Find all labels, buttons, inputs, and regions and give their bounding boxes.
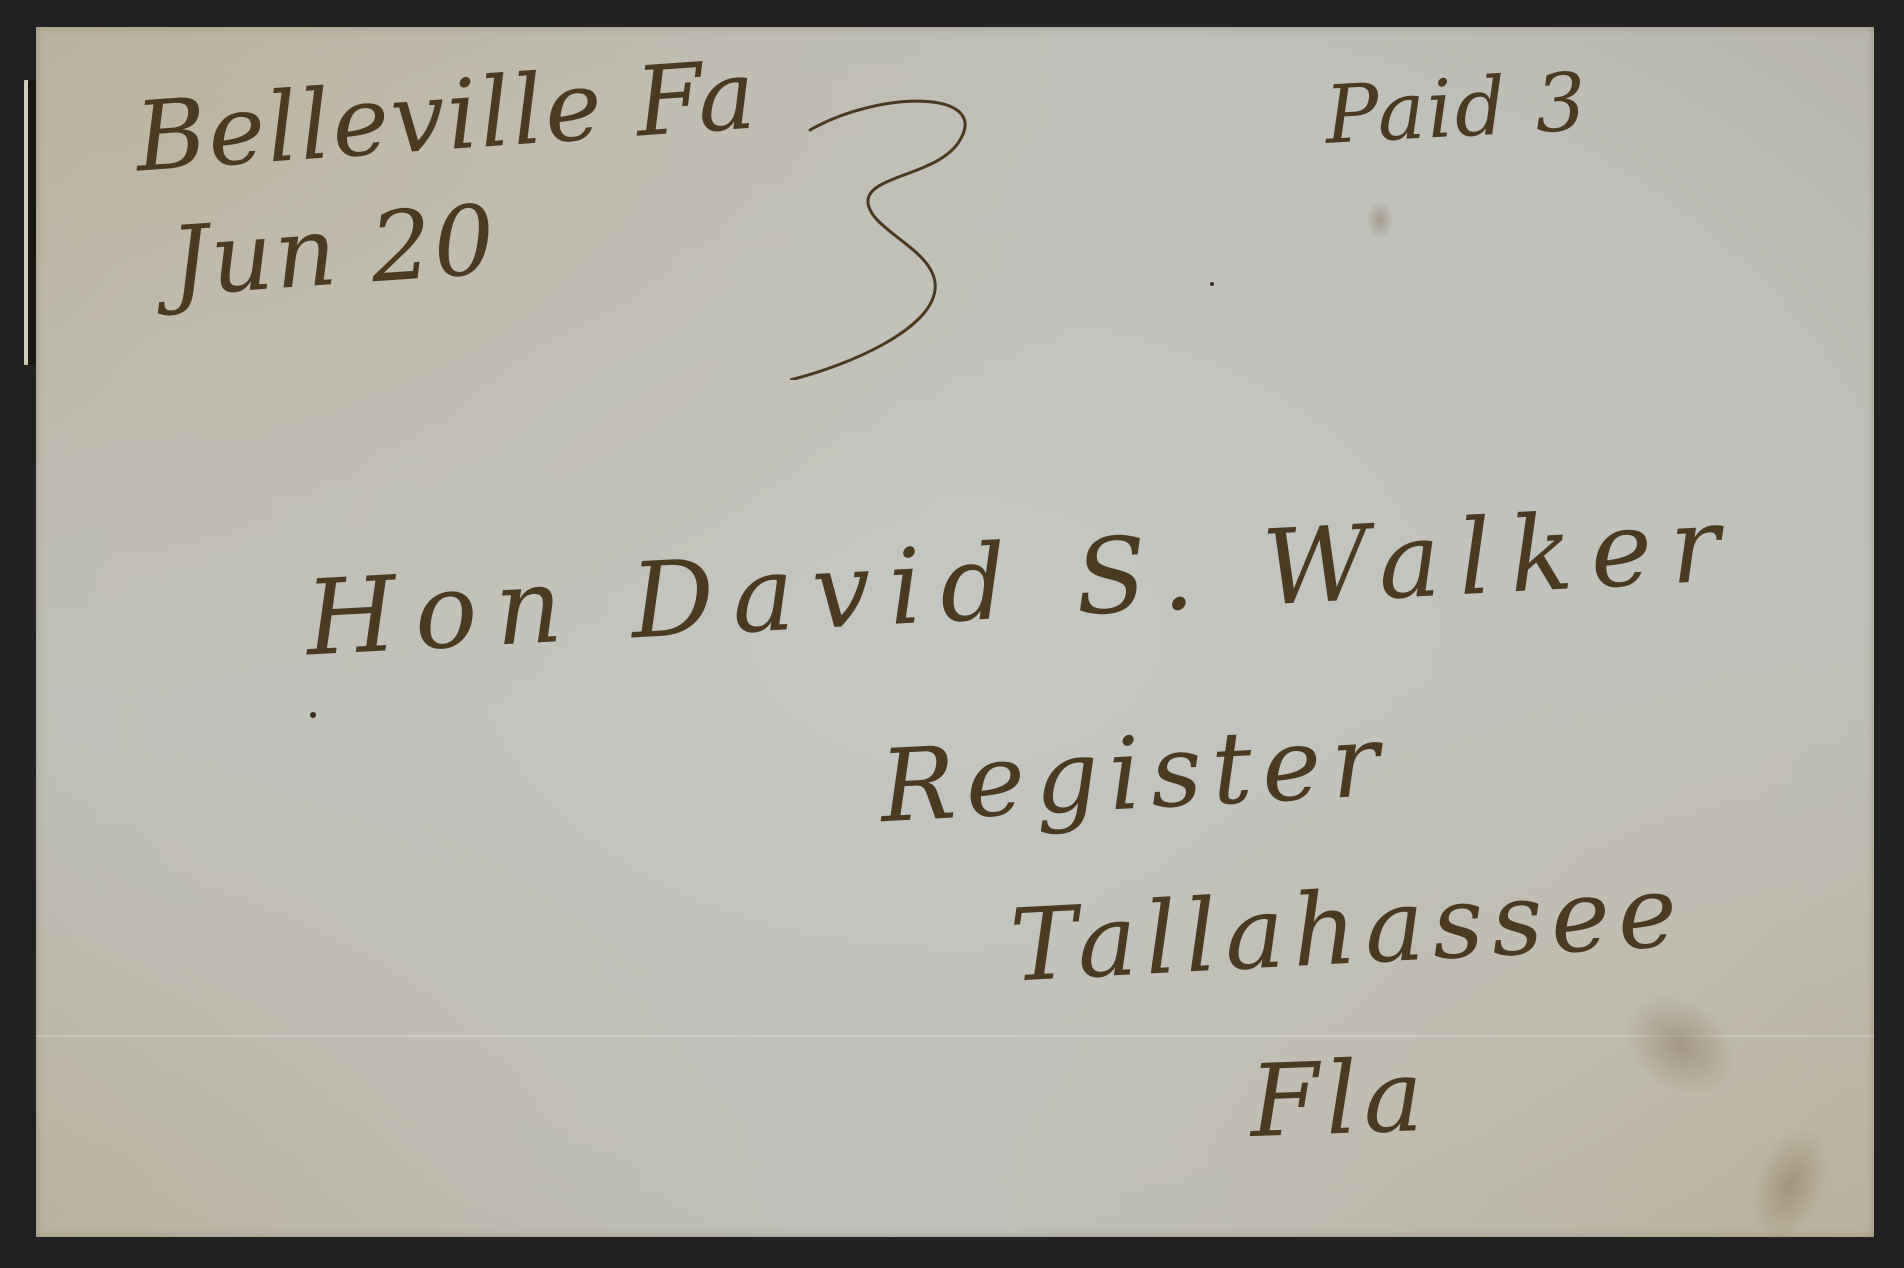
paper-spot <box>1210 282 1214 286</box>
rate-marking-paid: Paid 3 <box>1323 55 1591 162</box>
address-state: Fla <box>1248 1037 1431 1160</box>
paper-spot <box>310 712 316 718</box>
ink-smudge <box>1366 202 1394 238</box>
flourish-bracket-icon <box>790 80 1010 380</box>
manuscript-postmark-date: Jun 20 <box>166 184 500 319</box>
fold-line <box>36 1035 1874 1037</box>
